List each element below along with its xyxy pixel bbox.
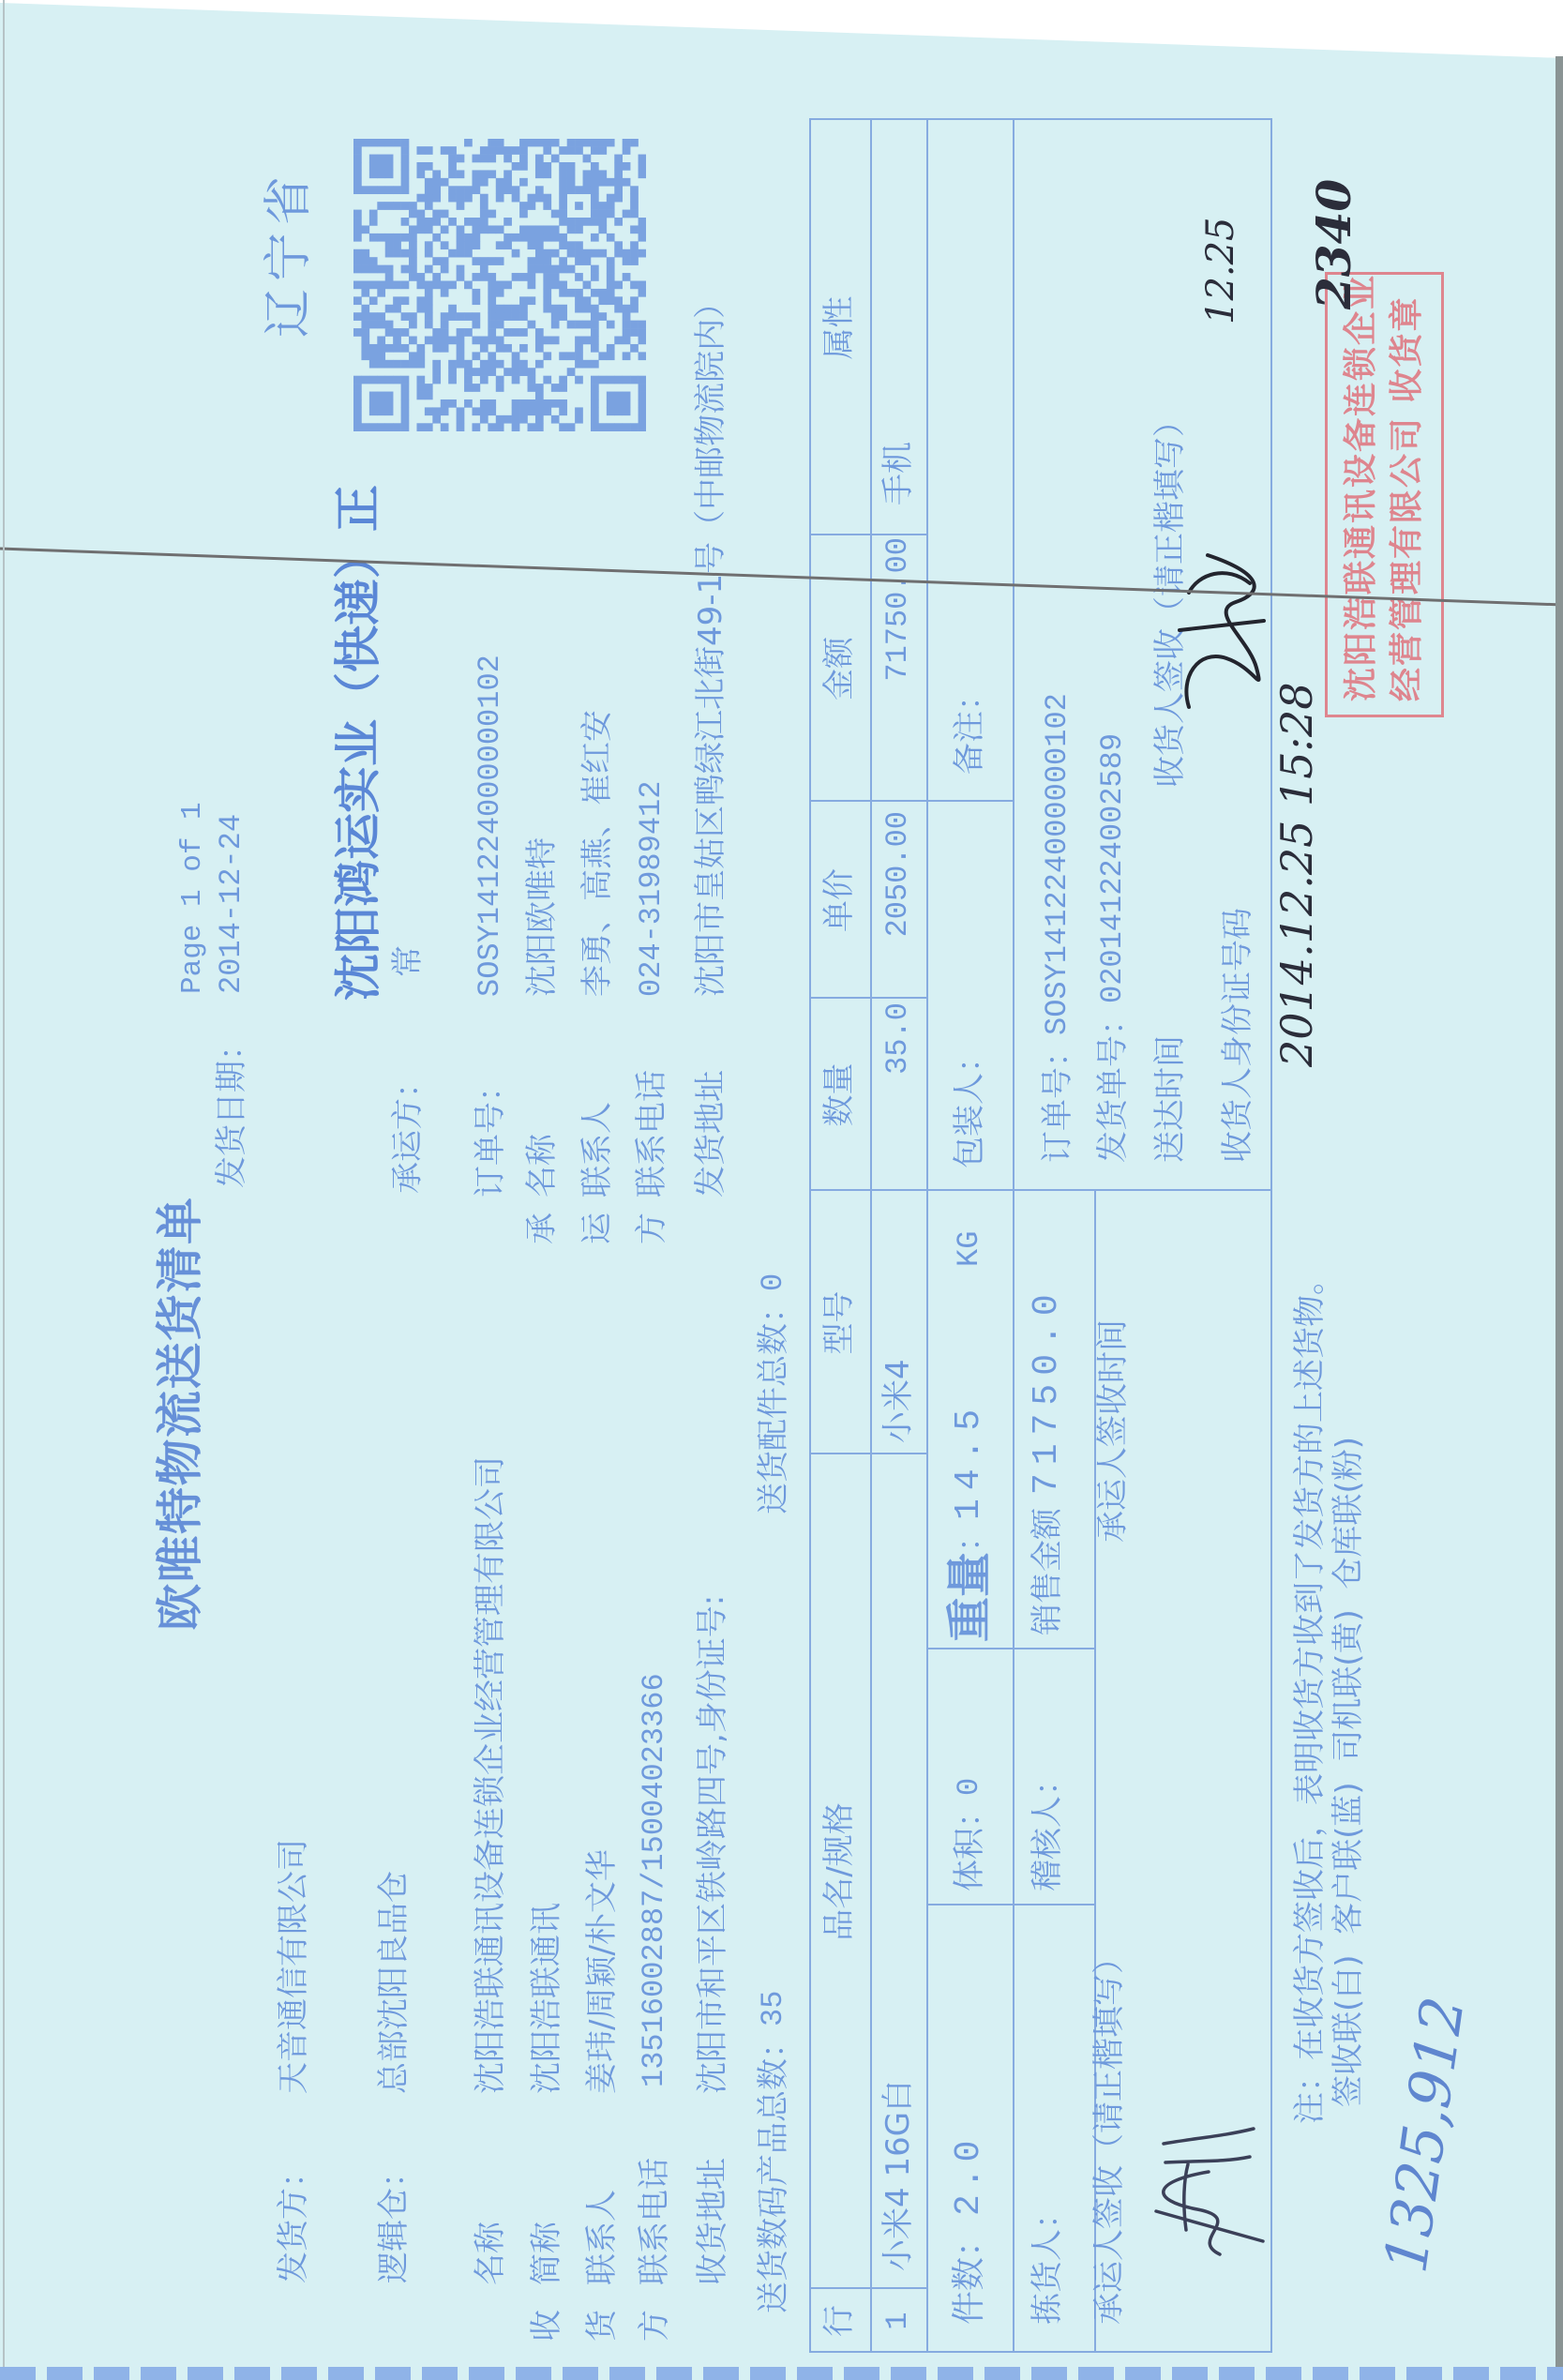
carrier-name-wrap: 常 [384,945,431,977]
shipment-number-value: 020141224002589 [1098,733,1128,1003]
column-header-name: 品名/规格 [816,1454,863,2289]
consignee-short-value: 沈阳浩联通讯 [523,1903,570,2094]
consignee-short-label: 简称 [523,2222,570,2285]
carrier-contact-label: 联系人 [574,1102,621,1198]
carrier-address-label: 发货地址 [687,1070,734,1198]
accessory-total: 送货配件总数： 0 [750,1273,797,1514]
delivery-order-label: 订单号： [1042,1035,1074,1163]
picker-label: 拣货人： [1024,2197,1071,2325]
delivery-order-field: 订单号： SOSY141224000000102 [1034,693,1081,1163]
row-line-number: 1 [875,2289,922,2353]
receiver-signature [1170,536,1273,715]
digital-total-label: 送货数码产品总数： [758,2026,789,2313]
delivery-time-label: 送达时间 [1147,1035,1194,1163]
column-header-line: 行 [816,2289,863,2353]
consignee-side-label: 收 [523,2310,570,2342]
qr-code [353,139,646,431]
consignee-name-label: 名称 [467,2222,514,2285]
table-rule [926,118,928,2353]
consignee-address-value: 沈阳市和平区铁岭路四号,身份证号: [689,1595,736,2094]
carrier-sign-label: 承运人签收（请正楷填写） [1086,1942,1133,2325]
row-model: 小米4 [875,1359,922,1443]
pieces-field: 件数： 2.0 [946,2135,993,2325]
volume-value: 0 [954,1778,984,1796]
carrier-sign-time-label: 承运人签收时间 [1090,1319,1136,1543]
volume-field: 体积： 0 [946,1778,993,1891]
order-number-label: 订单号： [467,1070,514,1198]
consignee-contact-label: 联系人 [579,2190,625,2285]
shipper-value: 天音通信有限公司 [270,1839,317,2094]
checker-label: 稽核人： [1024,1764,1071,1891]
row-unit-price: 2050.00 [875,811,922,999]
province-label: 辽宁省 [265,169,312,338]
accessory-total-label: 送货配件总数： [758,1291,789,1514]
weight-label: 重量 [947,1552,992,1642]
stamp-line-2: 经营管理有限公司 收货章 [1385,288,1431,701]
shipper-label: 发货方： [270,2156,317,2283]
row-quantity: 35.0 [875,1002,922,1191]
carrier-side-label: 承 [518,1213,565,1244]
sales-amount-value: 71750.0 [1029,1286,1065,1495]
carrier-label: 承运方： [384,1066,431,1194]
carrier-address-value: 沈阳市皇姑区鸭绿江北街49-1号（中邮物流院内） [687,287,734,997]
carrier-phone-label: 联系电话 [628,1070,675,1198]
weight-value: 14.5 [952,1401,987,1520]
shipment-number-label: 发货单号： [1097,1003,1129,1163]
delivery-order-value: SOSY141224000000102 [1043,693,1073,1035]
carrier-side-label: 运 [574,1213,621,1244]
sales-amount-label: 销售金额 [1031,1508,1063,1635]
receiver-id-label: 收货人身份证号码 [1214,908,1261,1163]
volume-label: 体积： [954,1796,985,1891]
carrier-company-label: 名称 [518,1134,565,1198]
shipment-number-field: 发货单号： 020141224002589 [1090,733,1136,1163]
perforation-edge [0,2367,1563,2380]
weight-unit: KG [946,1231,993,1267]
consignee-phone-label: 联系电话 [631,2158,678,2285]
handwritten-date-short: 12.25 [1202,217,1240,324]
table-rule [926,1904,1094,1906]
table-rule [926,1648,1094,1649]
carrier-contact-value: 李勇、高燕、崔红安 [574,710,621,997]
receiving-stamp: 沈阳浩联通讯设备连锁企业 经营管理有限公司 收货章 [1325,272,1444,717]
handwritten-date-time: 2014.12.25 15:28 [1275,682,1318,1067]
row-attribute: 手机 [875,442,922,505]
weight-field: 重量 ： 14.5 [946,1401,993,1642]
digital-total: 送货数码产品总数： 35 [750,1991,797,2313]
delivery-note: 欧唯特物流送货清单 Page 1 of 1 发货日期： 2014-12-24 辽… [0,0,1563,2380]
ship-date-value: 2014-12-24 [208,814,255,994]
row-product-name: 小米4 16G白 [875,2080,922,2271]
packer-label: 包装人： [946,1041,993,1168]
pieces-value: 2.0 [952,2135,987,2216]
handwritten-time-short: 2340 [1311,179,1358,309]
carrier-side-label: 方 [628,1213,675,1244]
warehouse-value: 总部沈阳良品仓 [370,1871,417,2094]
footer-copies: 签收联(白) 客户联(蓝) 司机联(黄) 仓库联(粉) [1325,1437,1372,2107]
remark-label: 备注： [946,679,993,775]
digital-total-value: 35 [759,1991,789,2026]
carrier-company-value: 沈阳欧唯特 [518,837,565,997]
accessory-total-value: 0 [759,1273,789,1291]
row-amount: 71750.00 [875,537,922,802]
ship-date-label: 发货日期： [208,1029,255,1188]
consignee-side-label: 货 [579,2310,625,2342]
weight-colon: ： [954,1520,985,1552]
consignee-side-label: 方 [631,2310,678,2342]
table-rule [870,118,872,2353]
column-header-amount: 金额 [816,535,863,802]
handwritten-blue-number: 1325,912 [1376,1994,1473,2277]
pieces-label: 件数： [953,2223,986,2325]
column-header-qty: 数量 [816,999,863,1191]
carrier-phone-value: 024-31989412 [628,781,675,997]
sales-amount-field: 销售金额 71750.0 [1024,1286,1071,1635]
stamp-line-1: 沈阳浩联通讯设备连锁企业 [1339,288,1385,701]
consignee-name-value: 沈阳浩联通讯设备连锁企业经营管理有限公司 [467,1456,514,2094]
carrier-name: 沈阳鸿运实业（快递）正 [335,485,382,1001]
column-header-attribute: 属性 [816,120,863,535]
carrier-signature [1130,2108,1270,2267]
column-header-model: 型号 [816,1191,863,1454]
order-number-value: SOSY141224000000102 [467,655,514,997]
column-header-unit-price: 单价 [816,802,863,999]
consignee-contact-value: 姜玮/周颖/朴文华 [579,1849,625,2094]
consignee-address-label: 收货地址 [689,2158,736,2285]
table-rule [1013,118,1014,2353]
warehouse-label: 逻辑仓： [370,2156,417,2283]
consignee-phone-value: 13516002887/15004023366 [631,1673,678,2087]
document-title: 欧唯特物流送货清单 [157,1197,203,1632]
